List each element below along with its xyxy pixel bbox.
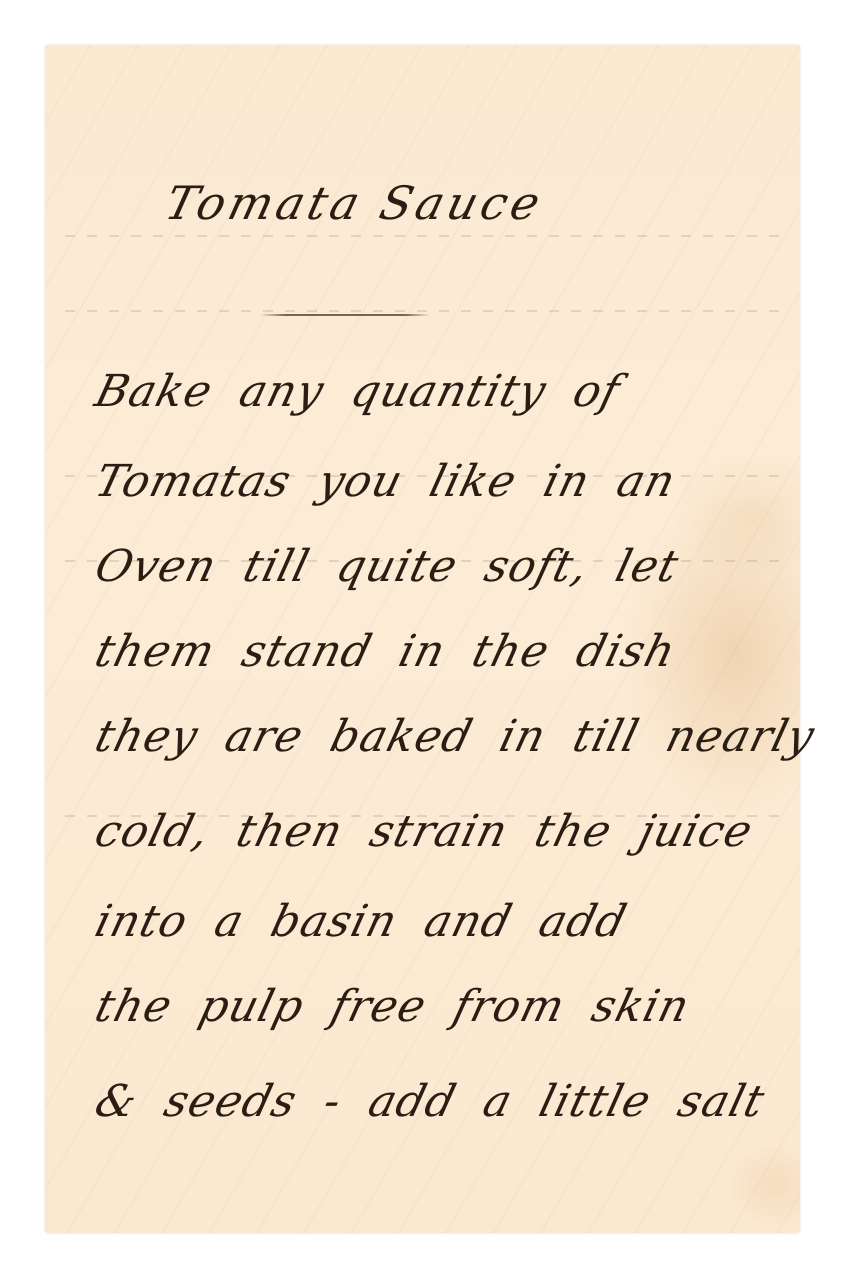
show-through-line xyxy=(65,235,780,237)
text-line-4: them stand in the dish xyxy=(90,626,681,677)
text-line-2: Tomatas you like in an xyxy=(90,456,681,507)
text-line-1: Bake any quantity of xyxy=(90,366,626,417)
text-line-8: the pulp free from skin xyxy=(90,981,695,1032)
show-through-line xyxy=(65,310,780,312)
text-line-9: & seeds - add a little salt xyxy=(90,1076,770,1127)
title-underline xyxy=(260,314,430,316)
text-line-3: Oven till quite soft, let xyxy=(90,541,684,592)
text-line-7: into a basin and add xyxy=(90,896,632,947)
text-line-6: cold, then strain the juice xyxy=(90,806,758,857)
recipe-title: Tomata Sauce xyxy=(160,176,549,230)
text-line-5: they are baked in till nearly xyxy=(90,711,820,762)
